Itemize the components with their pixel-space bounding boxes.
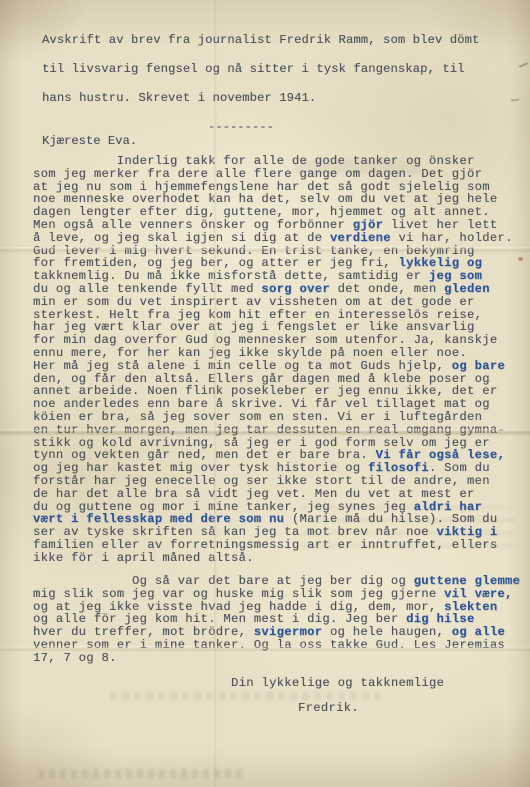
signature: Fredrik. <box>298 701 359 715</box>
letter-line: 17, 7 og 8. <box>33 652 525 665</box>
valediction: Din lykkelige og takknemlige <box>231 676 444 690</box>
salutation: Kjæreste Eva. <box>42 134 137 148</box>
paragraph: Og så var det bare at jeg ber dig og gut… <box>33 575 525 665</box>
header-line: Avskrift av brev fra journalist Fredrik … <box>42 26 479 55</box>
header-divider: --------- <box>208 113 479 142</box>
letter-header: Avskrift av brev fra journalist Fredrik … <box>42 26 479 142</box>
letter-page: Avskrift av brev fra journalist Fredrik … <box>0 0 530 787</box>
letter-body: Inderlig takk for alle de gode tanker og… <box>33 155 525 665</box>
paragraph: Inderlig takk for alle de gode tanker og… <box>33 155 525 565</box>
letter-line: ikke för i april måned altså. <box>33 552 525 565</box>
header-line: hans hustru. Skrevet i november 1941. <box>42 84 479 113</box>
header-line: til livsvarig fengsel og nå sitter i tys… <box>42 55 479 84</box>
